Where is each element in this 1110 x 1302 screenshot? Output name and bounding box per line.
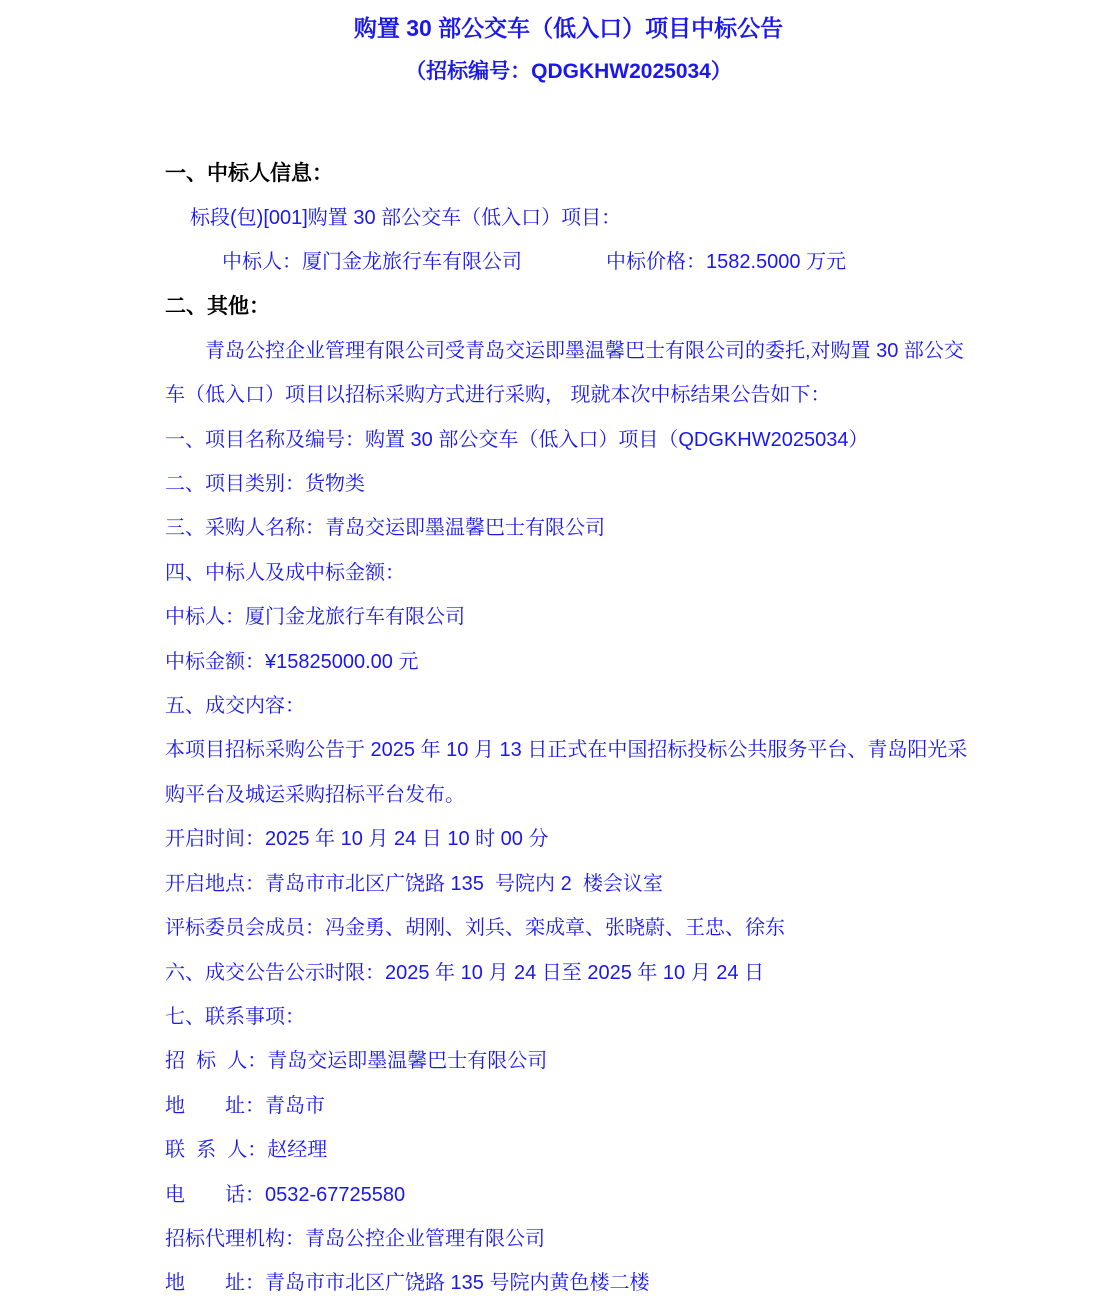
document-title: 购置 30 部公交车（低入口）项目中标公告 — [165, 6, 972, 50]
body-line-purchaser-name: 三、采购人名称：青岛交运即墨温馨巴士有限公司 — [165, 506, 972, 550]
body-line-project-category: 二、项目类别：货物类 — [165, 462, 972, 506]
body-line-agency-name: 招标代理机构：青岛公控企业管理有限公司 — [165, 1217, 972, 1261]
body-line-open-place: 开启地点：青岛市市北区广饶路 135 号院内 2 楼会议室 — [165, 862, 972, 906]
body-line-winner-name: 中标人：厦门金龙旅行车有限公司 — [165, 595, 972, 639]
body-line-winning-amount: 中标金额：¥15825000.00 元 — [165, 640, 972, 684]
body-line-deal-content: 五、成交内容： — [165, 684, 972, 728]
body-line-contact-person: 联 系 人：赵经理 — [165, 1128, 972, 1172]
body-line-open-time: 开启时间：2025 年 10 月 24 日 10 时 00 分 — [165, 817, 972, 861]
intro-line-1: 青岛公控企业管理有限公司受青岛交运即墨温馨巴士有限公司的委托,对购置 30 部公… — [165, 329, 972, 373]
body-line-evaluation-committee: 评标委员会成员：冯金勇、胡刚、刘兵、栾成章、张晓蔚、王忠、徐东 — [165, 906, 972, 950]
announcement-document: 购置 30 部公交车（低入口）项目中标公告 （招标编号：QDGKHW202503… — [0, 0, 1110, 1302]
body-line-project-name: 一、项目名称及编号：购置 30 部公交车（低入口）项目（QDGKHW202503… — [165, 418, 972, 462]
body-line-tenderer: 招 标 人：青岛交运即墨温馨巴士有限公司 — [165, 1039, 972, 1083]
body-line-agency-address: 地 址：青岛市市北区广饶路 135 号院内黄色楼二楼 — [165, 1261, 972, 1302]
body-line-publish-platforms-2: 购平台及城运采购招标平台发布。 — [165, 773, 972, 817]
body-line-winner-section: 四、中标人及成中标金额： — [165, 551, 972, 595]
body-line-publicity-period: 六、成交公告公示时限：2025 年 10 月 24 日至 2025 年 10 月… — [165, 951, 972, 995]
intro-line-2: 车（低入口）项目以招标采购方式进行采购， 现就本次中标结果公告如下： — [165, 373, 972, 417]
winner-name-text: 中标人：厦门金龙旅行车有限公司 — [222, 251, 522, 273]
winner-price-line: 中标人：厦门金龙旅行车有限公司中标价格：1582.5000 万元 — [165, 240, 972, 284]
lot-line: 标段(包)[001]购置 30 部公交车（低入口）项目： — [165, 196, 972, 240]
section1-heading: 一、中标人信息： — [165, 152, 972, 196]
body-line-tenderer-address: 地 址：青岛市 — [165, 1084, 972, 1128]
body-line-publish-platforms-1: 本项目招标采购公告于 2025 年 10 月 13 日正式在中国招标投标公共服务… — [165, 728, 972, 772]
body-line-contact-phone: 电 话：0532-67725580 — [165, 1173, 972, 1217]
body-line-contact-section: 七、联系事项： — [165, 995, 972, 1039]
tender-number-line: （招标编号：QDGKHW2025034） — [165, 50, 972, 94]
section2-heading: 二、其他： — [165, 285, 972, 329]
winner-price-text: 中标价格：1582.5000 万元 — [606, 251, 846, 273]
